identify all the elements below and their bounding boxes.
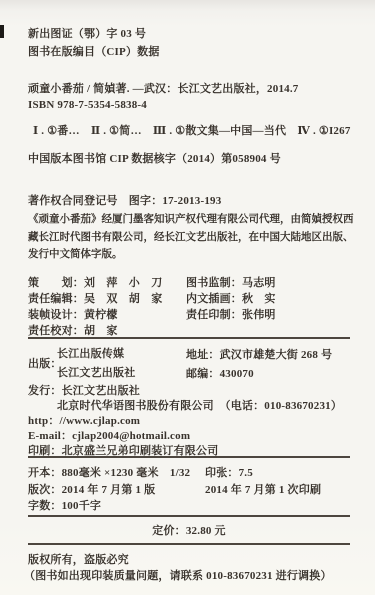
price-line: 定价：32.80 元 bbox=[28, 522, 350, 538]
publication-license-number: 新出图证（鄂）字 03 号 bbox=[28, 25, 146, 41]
publisher-email: E-mail：cjlap2004@hotmail.com bbox=[28, 427, 190, 443]
credit-print-supervisor: 责任印制：张伟明 bbox=[186, 306, 276, 322]
impression-spec: 2014 年 7 月第 1 次印刷 bbox=[205, 481, 321, 497]
printed-sheets-spec: 印张：7.5 bbox=[205, 464, 253, 480]
credit-design: 装帧设计：黄柠檬 bbox=[28, 306, 118, 322]
exchange-notice: （图书如出现印装质量问题，请联系 010-83670231 进行调换） bbox=[24, 567, 332, 583]
license-paragraph-line: 《顽童小番茄》经厦门墨客知识产权代理有限公司代理，由简媜授权西 bbox=[28, 211, 354, 226]
rights-notice: 版权所有，盗版必究 bbox=[28, 551, 129, 567]
credit-editor: 责任编辑：吴 双 胡 家 bbox=[28, 290, 162, 306]
publisher-postcode: 邮编：430070 bbox=[186, 365, 254, 381]
copyright-page: 新出图证（鄂）字 03 号 图书在版编目（CIP）数据 顽童小番茄 / 简媜著.… bbox=[0, 0, 375, 595]
publisher-name-press: 长江文艺出版社 bbox=[57, 364, 135, 380]
credit-planning: 策 划：刘 萍 小 刀 bbox=[28, 274, 162, 290]
distributor-company-phone: 北京时代华语图书股份有限公司 （电话：010-83670231） bbox=[57, 397, 342, 413]
publisher-address: 地址：武汉市雄楚大街 268 号 bbox=[186, 346, 332, 362]
divider-line-3 bbox=[28, 515, 350, 517]
isbn-line: ISBN 978-7-5354-5838-4 bbox=[28, 99, 147, 111]
publisher-name-media: 长江出版传媒 bbox=[57, 345, 124, 361]
word-count-spec: 字数：100千字 bbox=[28, 497, 101, 513]
publisher-website: http：//www.cjlap.com bbox=[28, 412, 140, 428]
book-title-line: 顽童小番茄 / 简媜著. —武汉：长江文艺出版社，2014.7 bbox=[28, 80, 299, 96]
license-paragraph-line: 藏长江时代图书有限公司，经长江文艺出版社，在中国大陆地区出版、 bbox=[28, 229, 354, 244]
credit-illustration: 内文插画：秋 实 bbox=[186, 290, 276, 306]
divider-line-4 bbox=[28, 543, 350, 545]
cip-classification-line: Ⅰ . ①番… Ⅱ . ①简… Ⅲ . ①散文集—中国—当代 Ⅳ . ①I267 bbox=[33, 122, 351, 138]
edition-spec: 版次：2014 年 7 月第 1 版 bbox=[28, 481, 155, 497]
cip-data-heading: 图书在版编目（CIP）数据 bbox=[28, 43, 160, 59]
format-spec: 开本：880毫米 ×1230 毫米 1/32 bbox=[28, 464, 190, 480]
distributor-line: 发行：长江文艺出版社 bbox=[28, 382, 140, 398]
credit-supervisor: 图书监制：马志明 bbox=[186, 274, 276, 290]
cip-verification-line: 中国版本图书馆 CIP 数据核字（2014）第058904 号 bbox=[28, 150, 281, 166]
copyright-registration-line: 著作权合同登记号 图字：17-2013-193 bbox=[28, 192, 221, 208]
credit-proofreader: 责任校对：胡 家 bbox=[28, 322, 118, 338]
license-paragraph-line: 发行中文简体字版。 bbox=[28, 246, 123, 261]
scan-edge-mark bbox=[0, 25, 4, 38]
divider-line-2 bbox=[28, 456, 350, 458]
divider-line-1 bbox=[28, 337, 350, 339]
